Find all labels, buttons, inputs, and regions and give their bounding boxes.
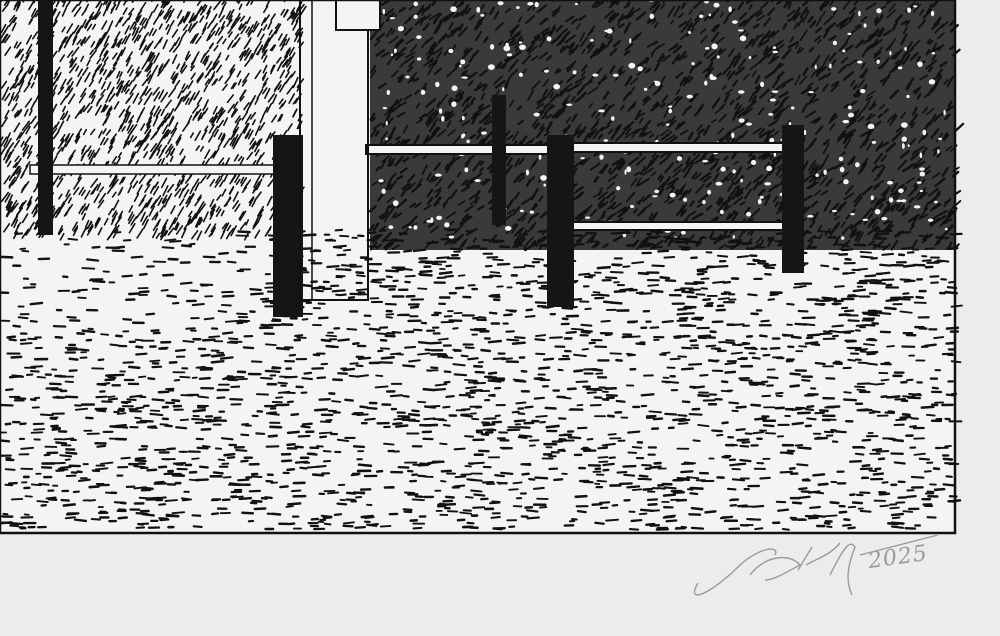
artist-signature: 2025	[680, 535, 940, 610]
fence-post	[782, 125, 804, 273]
foliage-hatching	[370, 0, 963, 250]
drawing-area	[0, 0, 963, 533]
fence-post	[273, 135, 303, 317]
fence-post	[492, 95, 506, 225]
gate-post	[38, 0, 53, 235]
fence-post	[547, 135, 574, 307]
